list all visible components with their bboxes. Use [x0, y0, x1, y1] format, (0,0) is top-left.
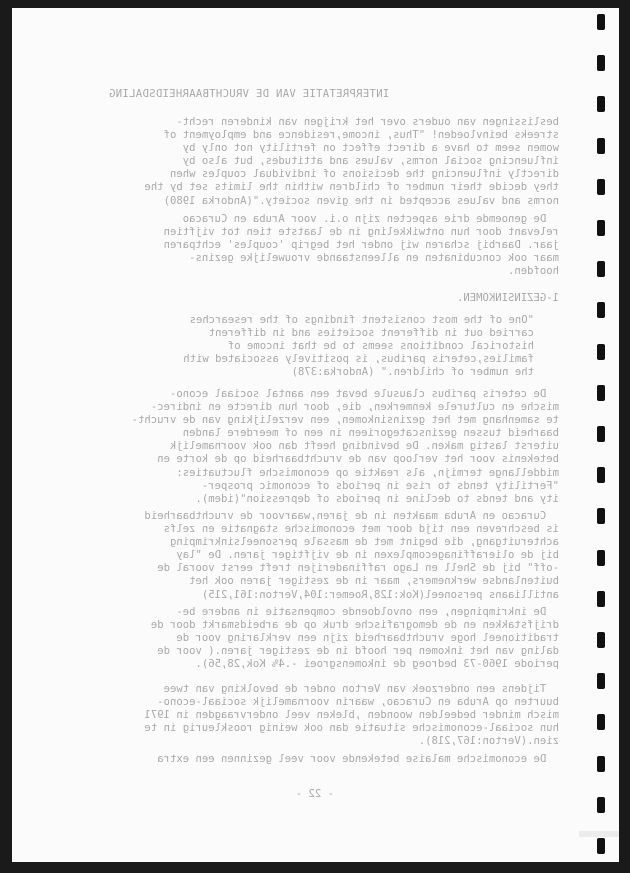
paragraph-1: beslissingen van ouders over het krijgen…: [69, 116, 559, 208]
text-line: Curacao en Aruba maakten in de jaren,waa…: [69, 510, 559, 523]
text-line: De ceteris paribus clausule bevat een aa…: [69, 388, 559, 401]
text-line: te samenhang met het gezinsinkomen, een …: [69, 414, 559, 427]
text-line: misch minder bedeelden woonden ,bleken v…: [69, 709, 559, 722]
binding-holes: [597, 8, 605, 862]
binding-hole: [597, 632, 605, 648]
text-line: streeks beinvloeden! "Thus, income,resid…: [69, 129, 559, 142]
text-line: "One of the most consistent findings of …: [74, 314, 534, 327]
binding-hole: [597, 756, 605, 772]
text-line: betekenis voor het verloop van de vrucht…: [69, 453, 559, 466]
text-line: drijfstakken en de demografische druk op…: [69, 619, 559, 632]
text-line: mische en culturele kenmerken, die, door…: [69, 401, 559, 414]
text-line: daling van het inkomen per hoofd in de z…: [69, 645, 559, 658]
text-line: achteruitgang, die begint met de massale…: [69, 536, 559, 549]
text-line: traditioneel hoge vruchtbaarheid zijn ee…: [69, 632, 559, 645]
text-line: periode 1960-73 bedroeg de inkomensgroei…: [69, 658, 559, 671]
binding-hole: [597, 179, 605, 195]
text-line: influencing social norms, values and att…: [69, 155, 559, 168]
text-line: buitenlandse werknemers, maar in de zest…: [69, 575, 559, 588]
binding-hole: [597, 550, 605, 566]
text-line: relevant door hun ontwikkeling in de laa…: [69, 226, 559, 239]
binding-hole: [597, 55, 605, 71]
text-line: De inkrimpingen, een onvoldoende compens…: [69, 606, 559, 619]
paragraph-6: Tijdens een onderzoek van Verton onder d…: [69, 683, 559, 748]
text-line: "Fertility tends to rise in periods of e…: [69, 480, 559, 493]
text-line: baarheid tussen gezinscategorieen in een…: [69, 427, 559, 440]
binding-hole: [597, 96, 605, 112]
text-line: norms and values accepted in the given s…: [69, 195, 559, 208]
text-line: hun sociaal-economische situatie dan ook…: [69, 722, 559, 735]
paragraph-7: De economische malaise betekende voor ve…: [69, 753, 559, 766]
paragraph-2: De genoemde drie aspecten zijn o.i. voor…: [69, 213, 559, 278]
text-line: jaar. Daarbij scharen wij onder het begr…: [69, 239, 559, 252]
binding-hole: [597, 467, 605, 483]
text-line: -off" bij de Shell en Lago raffinaderije…: [69, 562, 559, 575]
text-line: buurten op Aruba en Curacao, waarin voor…: [69, 696, 559, 709]
binding-hole: [597, 220, 605, 236]
binding-hole: [597, 838, 605, 854]
text-line: middellange termijn, als reaktie op econ…: [69, 467, 559, 480]
binding-hole: [597, 14, 605, 30]
text-line: uiterst lastig maken. De bevinding heeft…: [69, 440, 559, 453]
binding-hole: [597, 714, 605, 730]
text-line: Tijdens een onderzoek van Verton onder d…: [69, 683, 559, 696]
mirrored-content: INTERPRETATIE VAN DE VRUCHTBAARHEIDSDALI…: [12, 8, 619, 862]
text-line: carried out in different societies and i…: [74, 327, 534, 340]
section-heading: 1-GEZINSINKOMEN.: [457, 292, 559, 305]
binding-hole: [597, 426, 605, 442]
binding-hole: [597, 138, 605, 154]
text-line: the number of children." (Andorka:378): [74, 366, 534, 379]
text-line: maar ook concubinaten en alleenstaande v…: [69, 252, 559, 265]
page-number: - 22 -: [296, 788, 334, 801]
paragraph-3: De ceteris paribus clausule bevat een aa…: [69, 388, 559, 506]
text-line: is beschreven een tijd door met economis…: [69, 523, 559, 536]
quote-block: "One of the most consistent findings of …: [74, 314, 534, 379]
paragraph-5: De inkrimpingen, een onvoldoende compens…: [69, 606, 559, 671]
page-title: INTERPRETATIE VAN DE VRUCHTBAARHEIDSDALI…: [49, 88, 449, 101]
scanned-page: INTERPRETATIE VAN DE VRUCHTBAARHEIDSDALI…: [12, 8, 619, 862]
text-line: ity and tends to decline in periods of d…: [69, 493, 559, 506]
binding-hole: [597, 344, 605, 360]
binding-hole: [597, 302, 605, 318]
binding-hole: [597, 261, 605, 277]
binding-hole: [597, 673, 605, 689]
binding-hole: [597, 797, 605, 813]
text-line: De genoemde drie aspecten zijn o.i. voor…: [69, 213, 559, 226]
text-line: historical conditions seems to be that i…: [74, 340, 534, 353]
text-line: De economische malaise betekende voor ve…: [69, 753, 559, 766]
text-line: directly influencing the decisions of in…: [69, 168, 559, 181]
binding-hole: [597, 508, 605, 524]
text-line: zien.(Verton:167,218).: [69, 735, 559, 748]
text-line: antilliaans personeel(Kok:128,Roemer:104…: [69, 589, 559, 602]
paragraph-4: Curacao en Aruba maakten in de jaren,waa…: [69, 510, 559, 602]
binding-hole: [597, 591, 605, 607]
binding-hole: [597, 385, 605, 401]
text-line: beslissingen van ouders over het krijgen…: [69, 116, 559, 129]
text-line: families,ceteris paribus, is positively …: [74, 353, 534, 366]
text-line: they decide their number of children wit…: [69, 181, 559, 194]
text-line: hoofden.: [69, 265, 559, 278]
text-line: women seem to have a direct effect on fe…: [69, 142, 559, 155]
text-line: bij de olieraffinagecomplexen in de vijf…: [69, 549, 559, 562]
